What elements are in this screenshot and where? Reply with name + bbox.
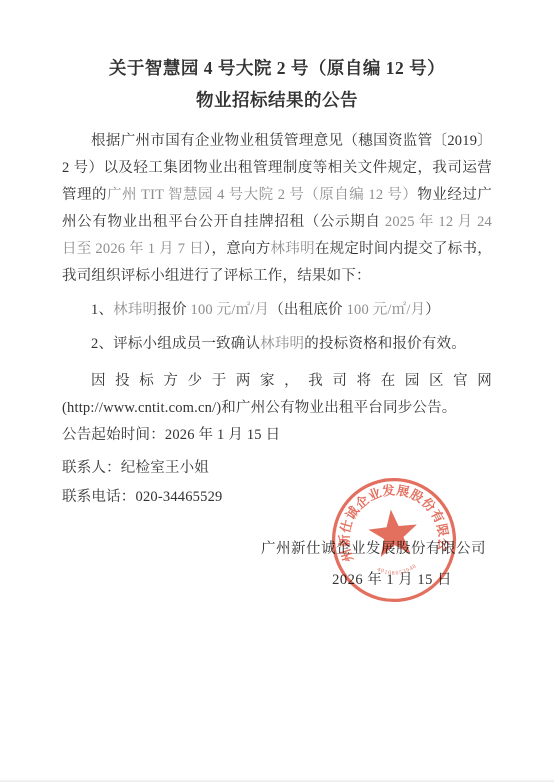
intro-paragraph: 根据广州市国有企业物业租赁管理意见（穗国资监管〔2019〕2 号）以及轻工集团物… xyxy=(62,128,492,290)
filled-value-text: 广州 TIT 智慧园 4 号大院 2 号（原自编 12 号） xyxy=(107,187,417,203)
document-content: 关于智慧园 4 号大院 2 号（原自编 12 号） 物业招标结果的公告 根据广州… xyxy=(0,0,554,591)
template-text: 1、 xyxy=(91,302,113,318)
template-text: ），意向方 xyxy=(204,241,271,257)
template-text: 的投标资格和报价有效。 xyxy=(304,336,466,352)
announcement-page: 关于智慧园 4 号大院 2 号（原自编 12 号） 物业招标结果的公告 根据广州… xyxy=(0,0,554,782)
filled-value-text: 林玮明 xyxy=(271,241,315,257)
seal-star-icon xyxy=(367,507,420,558)
template-text: 因投标方少于两家，我司将在园区官网(http://www.cntit.com.c… xyxy=(62,373,492,416)
filled-value-text: 林玮明 xyxy=(113,302,157,318)
filled-value-text: 100 元/㎡/月 xyxy=(191,302,270,318)
seal-arc-company-text: 广州新仕诚企业发展股份有限公司 xyxy=(324,470,452,566)
template-text: 报价 xyxy=(157,302,190,318)
result-list: 1、林玮明报价 100 元/㎡/月（出租底价 100 元/㎡/月） 2、评标小组… xyxy=(62,297,492,358)
template-text: 2、评标小组成员一致确认 xyxy=(91,336,260,352)
result-item-1: 1、林玮明报价 100 元/㎡/月（出租底价 100 元/㎡/月） xyxy=(62,297,492,324)
company-seal-stamp-icon: 广州新仕诚企业发展股份有限公司 4401080539483 xyxy=(324,470,465,611)
announcement-start-time: 公告起始时间：2026 年 1 月 15 日 xyxy=(62,422,492,449)
document-title-line2: 物业招标结果的公告 xyxy=(62,89,492,111)
filled-value-text: 林玮明 xyxy=(260,336,304,352)
template-text: ） xyxy=(425,302,440,318)
filled-value-text: 100 元/㎡/月 xyxy=(347,302,426,318)
closing-paragraph: 因投标方少于两家，我司将在园区官网(http://www.cntit.com.c… xyxy=(62,368,492,422)
result-item-2: 2、评标小组成员一致确认林玮明的投标资格和报价有效。 xyxy=(62,331,492,358)
template-text: （出租底价 xyxy=(269,302,346,318)
document-title-line1: 关于智慧园 4 号大院 2 号（原自编 12 号） xyxy=(62,57,492,79)
